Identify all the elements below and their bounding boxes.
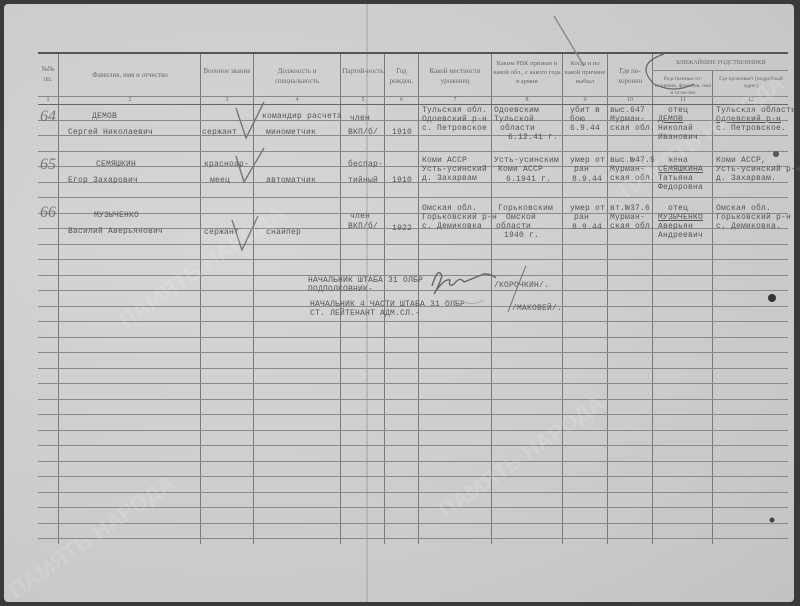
document-sheet: №№ пп. Фамилия, имя и отчество Военное з… — [4, 4, 794, 602]
pen-marks — [4, 4, 794, 602]
